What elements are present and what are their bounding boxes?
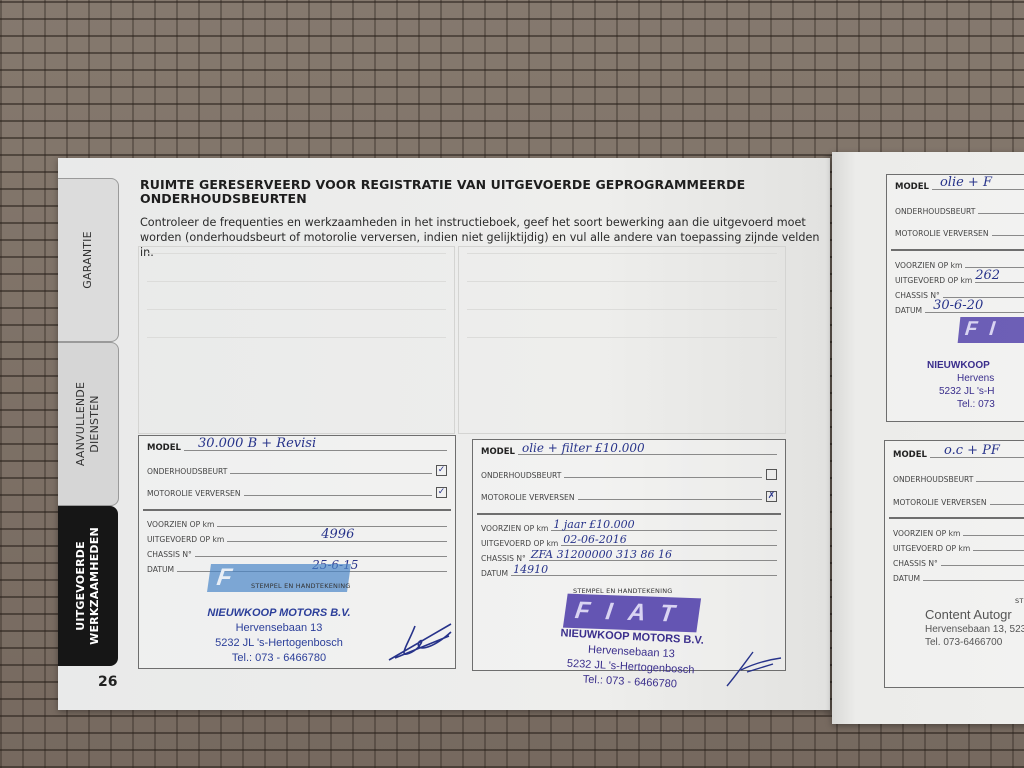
model-label: MODEL (481, 447, 515, 457)
voorzien-field[interactable]: VOORZIEN OP km (895, 257, 1024, 270)
uitgevoerd-value: 02-06-2016 (563, 533, 626, 546)
datum-field[interactable]: DATUM30-6-20 (895, 302, 1024, 315)
tab-uitgevoerde-werkzaamheden[interactable]: UITGEVOERDE WERKZAAMHEDEN (58, 506, 118, 666)
onderhoudsbeurt-checkbox[interactable] (766, 469, 777, 480)
dealer-city: 5232 JL 's-H (927, 385, 1024, 398)
stamp-logo-fiat: FI (958, 317, 1024, 343)
uitgevoerd-field[interactable]: UITGEVOERD OP km 02-06-2016 (481, 535, 777, 548)
dealer-phone: Tel.: 073 - 6466780 (179, 651, 379, 666)
datum-field[interactable]: DATUM 14910 (481, 565, 777, 578)
dealer-name: NIEUWKOOP (927, 359, 1024, 372)
motorolie-label: MOTOROLIE VERVERSEN (481, 493, 575, 502)
chassis-label: CHASSIS N° (481, 554, 526, 563)
model-field[interactable]: MODEL o.c + PF (893, 447, 1024, 460)
onderhoudsbeurt-checkbox[interactable]: ✓ (436, 465, 447, 476)
tab-diensten-label: AANVULLENDE DIENSTEN (74, 382, 102, 466)
voorzien-value: 1 jaar £10.000 (553, 518, 634, 531)
service-record-3: MODEL olie + F ONDERHOUDSBEURT MOTOROLIE… (886, 174, 1024, 422)
onderhoudsbeurt-label: ONDERHOUDSBEURT (481, 471, 561, 480)
divider (477, 513, 781, 515)
stamp-label: STEMPEL EN HANDTEKENING (251, 582, 351, 590)
divider (891, 249, 1024, 251)
model-label: MODEL (147, 443, 181, 453)
motorolie-checkbox[interactable]: ✗ (766, 491, 777, 502)
uitgevoerd-value: 262 (975, 268, 1000, 283)
dealer-phone: Tel.: 073 (927, 398, 1024, 411)
datum-label: DATUM (893, 574, 920, 583)
datum-label: DATUM (147, 565, 174, 574)
page-number: 26 (98, 674, 117, 690)
datum-label: DATUM (895, 306, 922, 315)
uitgevoerd-field[interactable]: UITGEVOERD OP km 4996 (147, 531, 447, 544)
faded-form-left (138, 246, 455, 434)
motorolie-field[interactable]: MOTOROLIE VERVERSEN (893, 494, 1024, 507)
model-value: 30.000 B + Revisi (198, 436, 316, 451)
tab-garantie-label: GARANTIE (81, 231, 95, 289)
stamp-label: STEMP (1015, 597, 1024, 605)
motorolie-label: MOTOROLIE VERVERSEN (895, 229, 989, 238)
datum-value: 30-6-20 (933, 298, 983, 313)
onderhoudsbeurt-label: ONDERHOUDSBEURT (893, 475, 973, 484)
dealer-name: NIEUWKOOP MOTORS B.V. (179, 606, 379, 621)
right-page: MODEL olie + F ONDERHOUDSBEURT MOTOROLIE… (832, 152, 1024, 724)
motorolie-checkbox[interactable]: ✓ (436, 487, 447, 498)
voorzien-field[interactable]: VOORZIEN OP km (893, 525, 1024, 538)
dealer-name: Content Autogr (925, 607, 1024, 623)
dealer-stamp: NIEUWKOOP Hervens 5232 JL 's-H Tel.: 073 (927, 359, 1024, 411)
dealer-stamp: NIEUWKOOP MOTORS B.V. Hervensebaan 13 52… (179, 606, 379, 666)
model-field[interactable]: MODEL olie + F (895, 179, 1024, 192)
chassis-field[interactable]: CHASSIS N° (147, 546, 447, 559)
voorzien-field[interactable]: VOORZIEN OP km 1 jaar £10.000 (481, 520, 777, 533)
dealer-phone: Tel. 073-6466700 (925, 636, 1024, 649)
uitgevoerd-label: UITGEVOERD OP km (147, 535, 224, 544)
stamp-logo-text: FI (964, 318, 1008, 341)
left-page: GARANTIE AANVULLENDE DIENSTEN UITGEVOERD… (58, 158, 830, 710)
chassis-label: CHASSIS N° (147, 550, 192, 559)
voorzien-label: VOORZIEN OP km (147, 520, 214, 529)
dealer-stamp: Content Autogr Hervensebaan 13, 5232 Tel… (925, 607, 1024, 649)
uitgevoerd-value: 4996 (321, 527, 354, 542)
stamp-logo-text: F (215, 564, 234, 592)
model-field[interactable]: MODEL olie + filter £10.000 (481, 444, 777, 457)
faded-form-right (458, 246, 786, 434)
onderhoudsbeurt-field[interactable]: ONDERHOUDSBEURT (481, 467, 777, 480)
tab-werk-label: UITGEVOERDE WERKZAAMHEDEN (74, 527, 102, 645)
motorolie-field[interactable]: MOTOROLIE VERVERSEN (895, 225, 1024, 238)
onderhoudsbeurt-label: ONDERHOUDSBEURT (895, 207, 975, 216)
chassis-field[interactable]: CHASSIS N° (893, 555, 1024, 568)
divider (889, 517, 1024, 519)
uitgevoerd-label: UITGEVOERD OP km (481, 539, 558, 548)
dealer-city: 5232 JL 's-Hertogenbosch (179, 636, 379, 651)
motorolie-field[interactable]: MOTOROLIE VERVERSEN ✓ (147, 485, 447, 498)
signature-icon (723, 648, 783, 688)
onderhoudsbeurt-field[interactable]: ONDERHOUDSBEURT (893, 471, 1024, 484)
dealer-street: Hervensebaan 13 (179, 621, 379, 636)
onderhoudsbeurt-label: ONDERHOUDSBEURT (147, 467, 227, 476)
chassis-field[interactable]: CHASSIS N° ZFA 31200000 313 86 16 (481, 550, 777, 563)
motorolie-label: MOTOROLIE VERVERSEN (893, 498, 987, 507)
stamp-logo-text: FIAT (573, 597, 692, 629)
voorzien-field[interactable]: VOORZIEN OP km (147, 516, 447, 529)
datum-value: 14910 (513, 563, 548, 576)
voorzien-label: VOORZIEN OP km (481, 524, 548, 533)
onderhoudsbeurt-field[interactable]: ONDERHOUDSBEURT (895, 203, 1024, 216)
motorolie-label: MOTOROLIE VERVERSEN (147, 489, 241, 498)
service-record-4: MODEL o.c + PF ONDERHOUDSBEURT MOTOROLIE… (884, 440, 1024, 688)
uitgevoerd-field[interactable]: UITGEVOERD OP km (893, 540, 1024, 553)
model-value: olie + filter £10.000 (522, 441, 645, 455)
signature-icon (385, 612, 457, 666)
dealer-street: Hervensebaan 13, 5232 (925, 623, 1024, 636)
dealer-street: Hervens (927, 372, 1024, 385)
datum-label: DATUM (481, 569, 508, 578)
dealer-stamp: NIEUWKOOP MOTORS B.V. Hervensebaan 13 52… (535, 625, 728, 695)
uitgevoerd-field[interactable]: UITGEVOERD OP km262 (895, 272, 1024, 285)
chassis-value: ZFA 31200000 313 86 16 (531, 548, 672, 561)
divider (143, 509, 451, 511)
datum-field[interactable]: DATUM (893, 570, 1024, 583)
onderhoudsbeurt-field[interactable]: ONDERHOUDSBEURT ✓ (147, 463, 447, 476)
model-label: MODEL (895, 182, 929, 192)
service-record-1: MODEL 30.000 B + Revisi ONDERHOUDSBEURT … (138, 435, 456, 669)
model-field[interactable]: MODEL 30.000 B + Revisi (147, 440, 447, 453)
uitgevoerd-label: UITGEVOERD OP km (893, 544, 970, 553)
motorolie-field[interactable]: MOTOROLIE VERVERSEN ✗ (481, 489, 777, 502)
model-value: olie + F (940, 175, 992, 190)
uitgevoerd-label: UITGEVOERD OP km (895, 276, 972, 285)
model-label: MODEL (893, 450, 927, 460)
model-value: o.c + PF (944, 443, 1000, 458)
voorzien-label: VOORZIEN OP km (895, 261, 962, 270)
tab-garantie[interactable]: GARANTIE (58, 178, 119, 342)
voorzien-label: VOORZIEN OP km (893, 529, 960, 538)
page-title: RUIMTE GERESERVEERD VOOR REGISTRATIE VAN… (140, 178, 800, 206)
tab-aanvullende-diensten[interactable]: AANVULLENDE DIENSTEN (58, 342, 119, 506)
chassis-label: CHASSIS N° (893, 559, 938, 568)
